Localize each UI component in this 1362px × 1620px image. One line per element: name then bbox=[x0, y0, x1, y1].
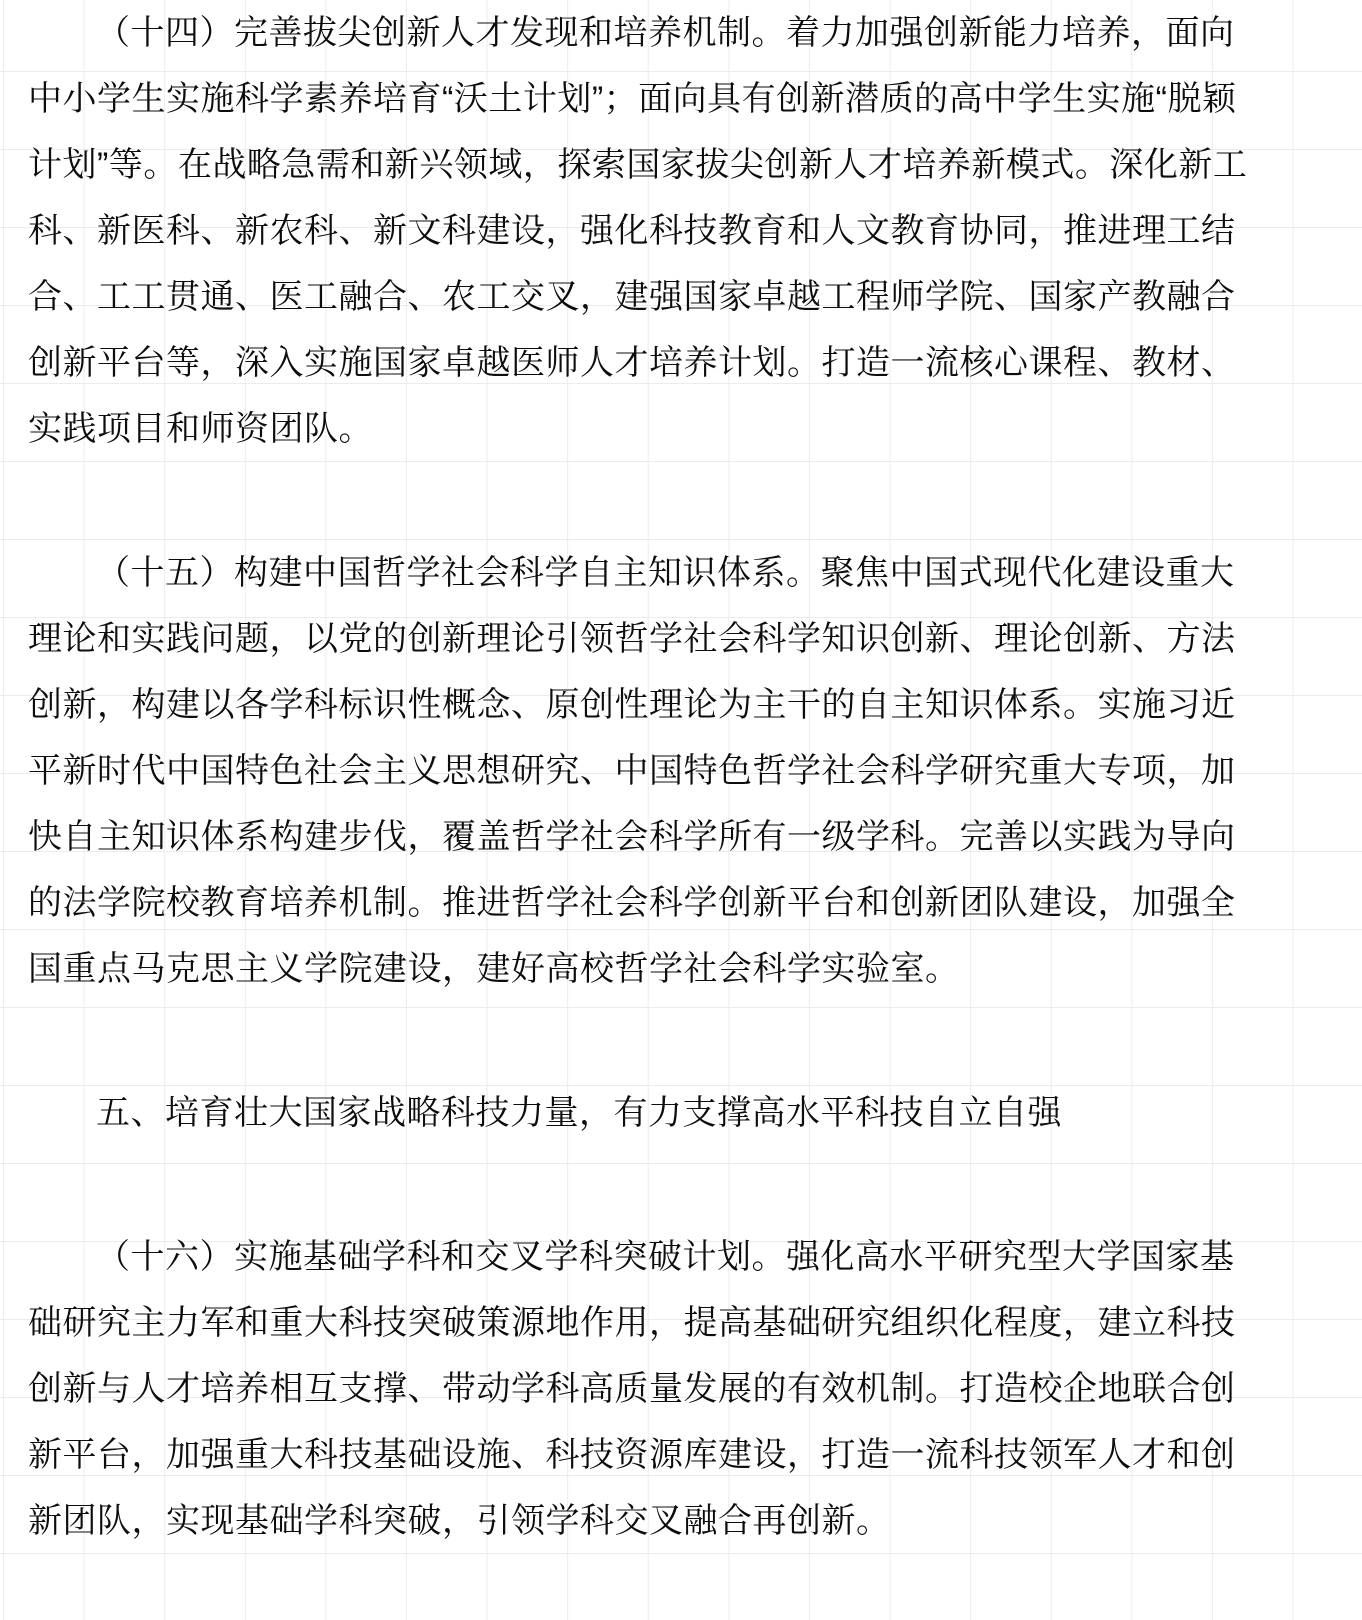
text-line: 科、新医科、新农科、新文科建设，强化科技教育和人文教育协同，推进理工结 bbox=[28, 198, 1332, 264]
document-page: （十四）完善拔尖创新人才发现和培养机制。着力加强创新能力培养，面向 中小学生实施… bbox=[0, 0, 1362, 1620]
paragraph-item-15: （十五）构建中国哲学社会科学自主知识体系。聚焦中国式现代化建设重大 理论和实践问… bbox=[28, 540, 1332, 1002]
text-line: 实践项目和师资团队。 bbox=[28, 396, 1332, 462]
text-line: 理论和实践问题，以党的创新理论引领哲学社会科学知识创新、理论创新、方法 bbox=[28, 606, 1332, 672]
text-line: 平新时代中国特色社会主义思想研究、中国特色哲学社会科学研究重大专项，加 bbox=[28, 738, 1332, 804]
text-line: 创新，构建以各学科标识性概念、原创性理论为主干的自主知识体系。实施习近 bbox=[28, 672, 1332, 738]
text-line: （十五）构建中国哲学社会科学自主知识体系。聚焦中国式现代化建设重大 bbox=[28, 540, 1332, 606]
text-line: 合、工工贯通、医工融合、农工交叉，建强国家卓越工程师学院、国家产教融合 bbox=[28, 264, 1332, 330]
section-heading-text: 五、培育壮大国家战略科技力量，有力支撑高水平科技自立自强 bbox=[28, 1080, 1332, 1146]
text-line: 计划”等。在战略急需和新兴领域，探索国家拔尖创新人才培养新模式。深化新工 bbox=[28, 132, 1332, 198]
text-line: 中小学生实施科学素养培育“沃土计划”；面向具有创新潜质的高中学生实施“脱颖 bbox=[28, 66, 1332, 132]
text-line: 新平台，加强重大科技基础设施、科技资源库建设，打造一流科技领军人才和创 bbox=[28, 1422, 1332, 1488]
document-body: （十四）完善拔尖创新人才发现和培养机制。着力加强创新能力培养，面向 中小学生实施… bbox=[28, 0, 1332, 1554]
text-line: 础研究主力军和重大科技突破策源地作用，提高基础研究组织化程度，建立科技 bbox=[28, 1290, 1332, 1356]
text-line: （十四）完善拔尖创新人才发现和培养机制。着力加强创新能力培养，面向 bbox=[28, 0, 1332, 66]
text-line: 国重点马克思主义学院建设，建好高校哲学社会科学实验室。 bbox=[28, 936, 1332, 1002]
text-line: 创新平台等，深入实施国家卓越医师人才培养计划。打造一流核心课程、教材、 bbox=[28, 330, 1332, 396]
text-line: 创新与人才培养相互支撑、带动学科高质量发展的有效机制。打造校企地联合创 bbox=[28, 1356, 1332, 1422]
section-heading-5: 五、培育壮大国家战略科技力量，有力支撑高水平科技自立自强 bbox=[28, 1080, 1332, 1146]
paragraph-item-16: （十六）实施基础学科和交叉学科突破计划。强化高水平研究型大学国家基 础研究主力军… bbox=[28, 1224, 1332, 1554]
text-line: 新团队，实现基础学科突破，引领学科交叉融合再创新。 bbox=[28, 1488, 1332, 1554]
text-line: 的法学院校教育培养机制。推进哲学社会科学创新平台和创新团队建设，加强全 bbox=[28, 870, 1332, 936]
text-line: （十六）实施基础学科和交叉学科突破计划。强化高水平研究型大学国家基 bbox=[28, 1224, 1332, 1290]
paragraph-item-14: （十四）完善拔尖创新人才发现和培养机制。着力加强创新能力培养，面向 中小学生实施… bbox=[28, 0, 1332, 462]
text-line: 快自主知识体系构建步伐，覆盖哲学社会科学所有一级学科。完善以实践为导向 bbox=[28, 804, 1332, 870]
